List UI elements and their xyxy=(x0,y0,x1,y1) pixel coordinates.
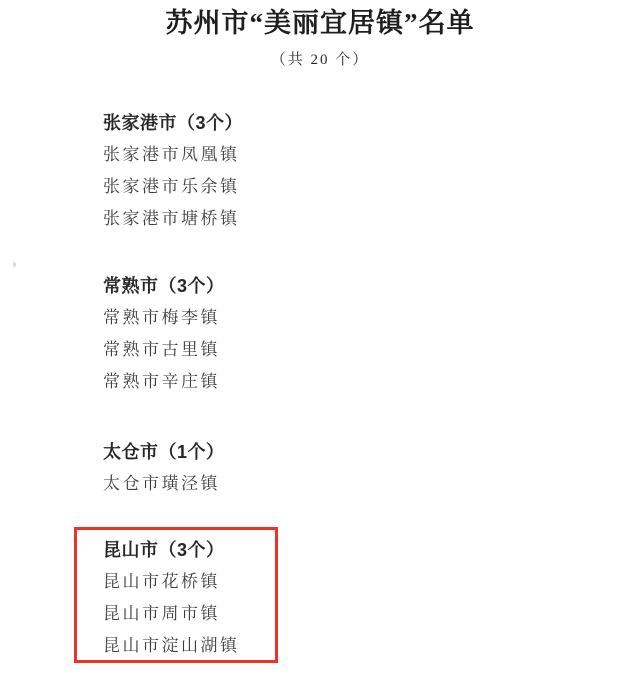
section-taicang: 太仓市（1个） 太仓市璜泾镇 xyxy=(103,436,225,500)
scan-artifact xyxy=(13,262,16,267)
section-header: 昆山市（3个） xyxy=(103,534,240,566)
section-kunshan: 昆山市（3个） 昆山市花桥镇 昆山市周市镇 昆山市淀山湖镇 xyxy=(103,534,240,662)
section-header: 张家港市（3个） xyxy=(103,107,243,139)
page-subtitle: （共 20 个） xyxy=(0,48,640,72)
section-zhangjiagang: 张家港市（3个） 张家港市凤凰镇 张家港市乐余镇 张家港市塘桥镇 xyxy=(103,107,243,235)
list-item: 昆山市花桥镇 xyxy=(103,566,240,598)
list-item: 张家港市凤凰镇 xyxy=(103,139,243,171)
section-changshu: 常熟市（3个） 常熟市梅李镇 常熟市古里镇 常熟市辛庄镇 xyxy=(103,270,225,398)
document-page: 苏州市“美丽宜居镇”名单 （共 20 个） 张家港市（3个） 张家港市凤凰镇 张… xyxy=(0,0,640,676)
list-item: 昆山市淀山湖镇 xyxy=(103,630,240,662)
section-header: 常熟市（3个） xyxy=(103,270,225,302)
page-title: 苏州市“美丽宜居镇”名单 xyxy=(0,6,640,40)
list-item: 常熟市古里镇 xyxy=(103,334,225,366)
list-item: 常熟市辛庄镇 xyxy=(103,366,225,398)
list-item: 昆山市周市镇 xyxy=(103,598,240,630)
list-item: 太仓市璜泾镇 xyxy=(103,468,225,500)
list-item: 常熟市梅李镇 xyxy=(103,302,225,334)
section-header: 太仓市（1个） xyxy=(103,436,225,468)
list-item: 张家港市塘桥镇 xyxy=(103,203,243,235)
list-item: 张家港市乐余镇 xyxy=(103,171,243,203)
